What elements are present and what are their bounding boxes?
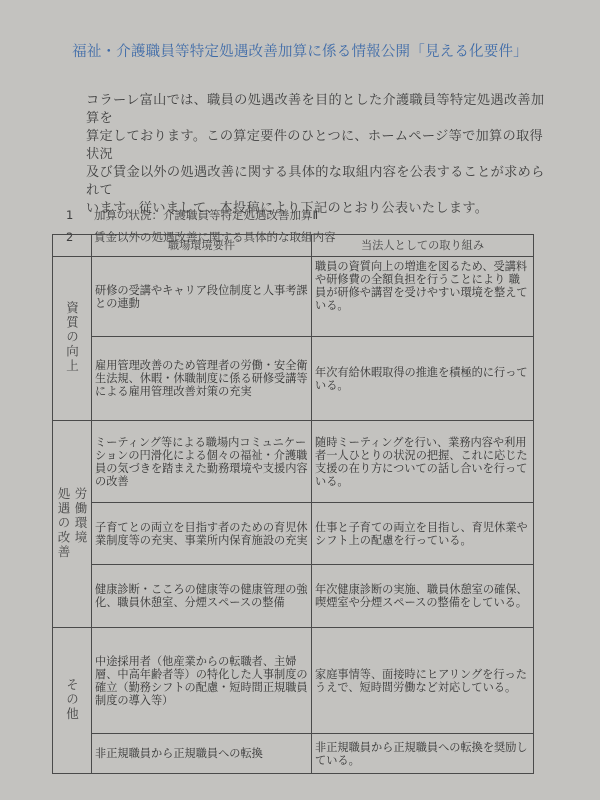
table-header-row: 職場環境要件 当法人としての取り組み [53, 235, 534, 257]
category-other: その他 [53, 628, 92, 774]
table-row: その他 中途採用者（他産業からの転職者、主婦層、中高年齢者等）の特化した人事制度… [53, 628, 534, 734]
requirement-cell: 子育てとの両立を目指す者のための育児休業制度等の充実、事業所内保育施設の充実 [92, 503, 312, 565]
header-action: 当法人としての取り組み [312, 235, 534, 257]
action-cell: 家庭事情等、面接時にヒアリングを行ったうえで、短時間労働など対応している。 [312, 628, 534, 734]
action-cell: 年次健康診断の実施、職員休憩室の確保、喫煙室や分煙スペースの整備をしている。 [312, 565, 534, 628]
header-category [53, 235, 92, 257]
requirement-cell: 研修の受講やキャリア段位制度と人事考課との連動 [92, 257, 312, 337]
action-cell: 年次有給休暇取得の推進を積極的に行っている。 [312, 337, 534, 421]
action-cell: 職員の資質向上の増進を図るため、受講料や研修費の全額負担を行うことにより 職員が… [312, 257, 534, 337]
table-row: 雇用管理改善のため管理者の労働・安全衛生法規、休暇・休職制度に係る研修受講等によ… [53, 337, 534, 421]
page-title: 福祉・介護職員等特定処遇改善加算に係る情報公開「見える化要件」 [0, 40, 600, 61]
table-row: 資質の向上 研修の受講やキャリア段位制度と人事考課との連動 職員の資質向上の増進… [53, 257, 534, 337]
intro-paragraph: コラーレ富山では、職員の処遇改善を目的とした介護職員等特定処遇改善加算を 算定し… [86, 92, 546, 218]
requirement-cell: ミーティング等による職場内コミュニケーションの円滑化による個々の福祉・介護職員の… [92, 421, 312, 503]
action-cell: 非正規職員から正規職員への転換を奨励している。 [312, 734, 534, 774]
table-row: 健康診断・こころの健康等の健康管理の強化、職員休憩室、分煙スペースの整備 年次健… [53, 565, 534, 628]
action-cell: 仕事と子育ての両立を目指し、育児休業やシフト上の配慮を行っている。 [312, 503, 534, 565]
category-quality: 資質の向上 [53, 257, 92, 421]
requirement-cell: 非正規職員から正規職員への転換 [92, 734, 312, 774]
requirement-cell: 中途採用者（他産業からの転職者、主婦層、中高年齢者等）の特化した人事制度の確立（… [92, 628, 312, 734]
item-number: 1 [66, 208, 94, 222]
table-row: 子育てとの両立を目指す者のための育児休業制度等の充実、事業所内保育施設の充実 仕… [53, 503, 534, 565]
item-text: 加算の状況：介護職員等特定処遇改善加算Ⅱ [94, 207, 318, 223]
action-cell: 随時ミーティングを行い、業務内容や利用者一人ひとりの状況の把握、これに応じた支援… [312, 421, 534, 503]
table-row: 非正規職員から正規職員への転換 非正規職員から正規職員への転換を奨励している。 [53, 734, 534, 774]
requirement-cell: 健康診断・こころの健康等の健康管理の強化、職員休憩室、分煙スペースの整備 [92, 565, 312, 628]
requirement-cell: 雇用管理改善のため管理者の労働・安全衛生法規、休暇・休職制度に係る研修受講等によ… [92, 337, 312, 421]
table-row: 労働環境 処遇の改善 ミーティング等による職場内コミュニケーションの円滑化による… [53, 421, 534, 503]
improvement-table: 職場環境要件 当法人としての取り組み 資質の向上 研修の受講やキャリア段位制度と… [52, 234, 534, 774]
header-requirement: 職場環境要件 [92, 235, 312, 257]
category-working-env: 労働環境 処遇の改善 [53, 421, 92, 628]
list-item: 1 加算の状況：介護職員等特定処遇改善加算Ⅱ [66, 204, 336, 226]
